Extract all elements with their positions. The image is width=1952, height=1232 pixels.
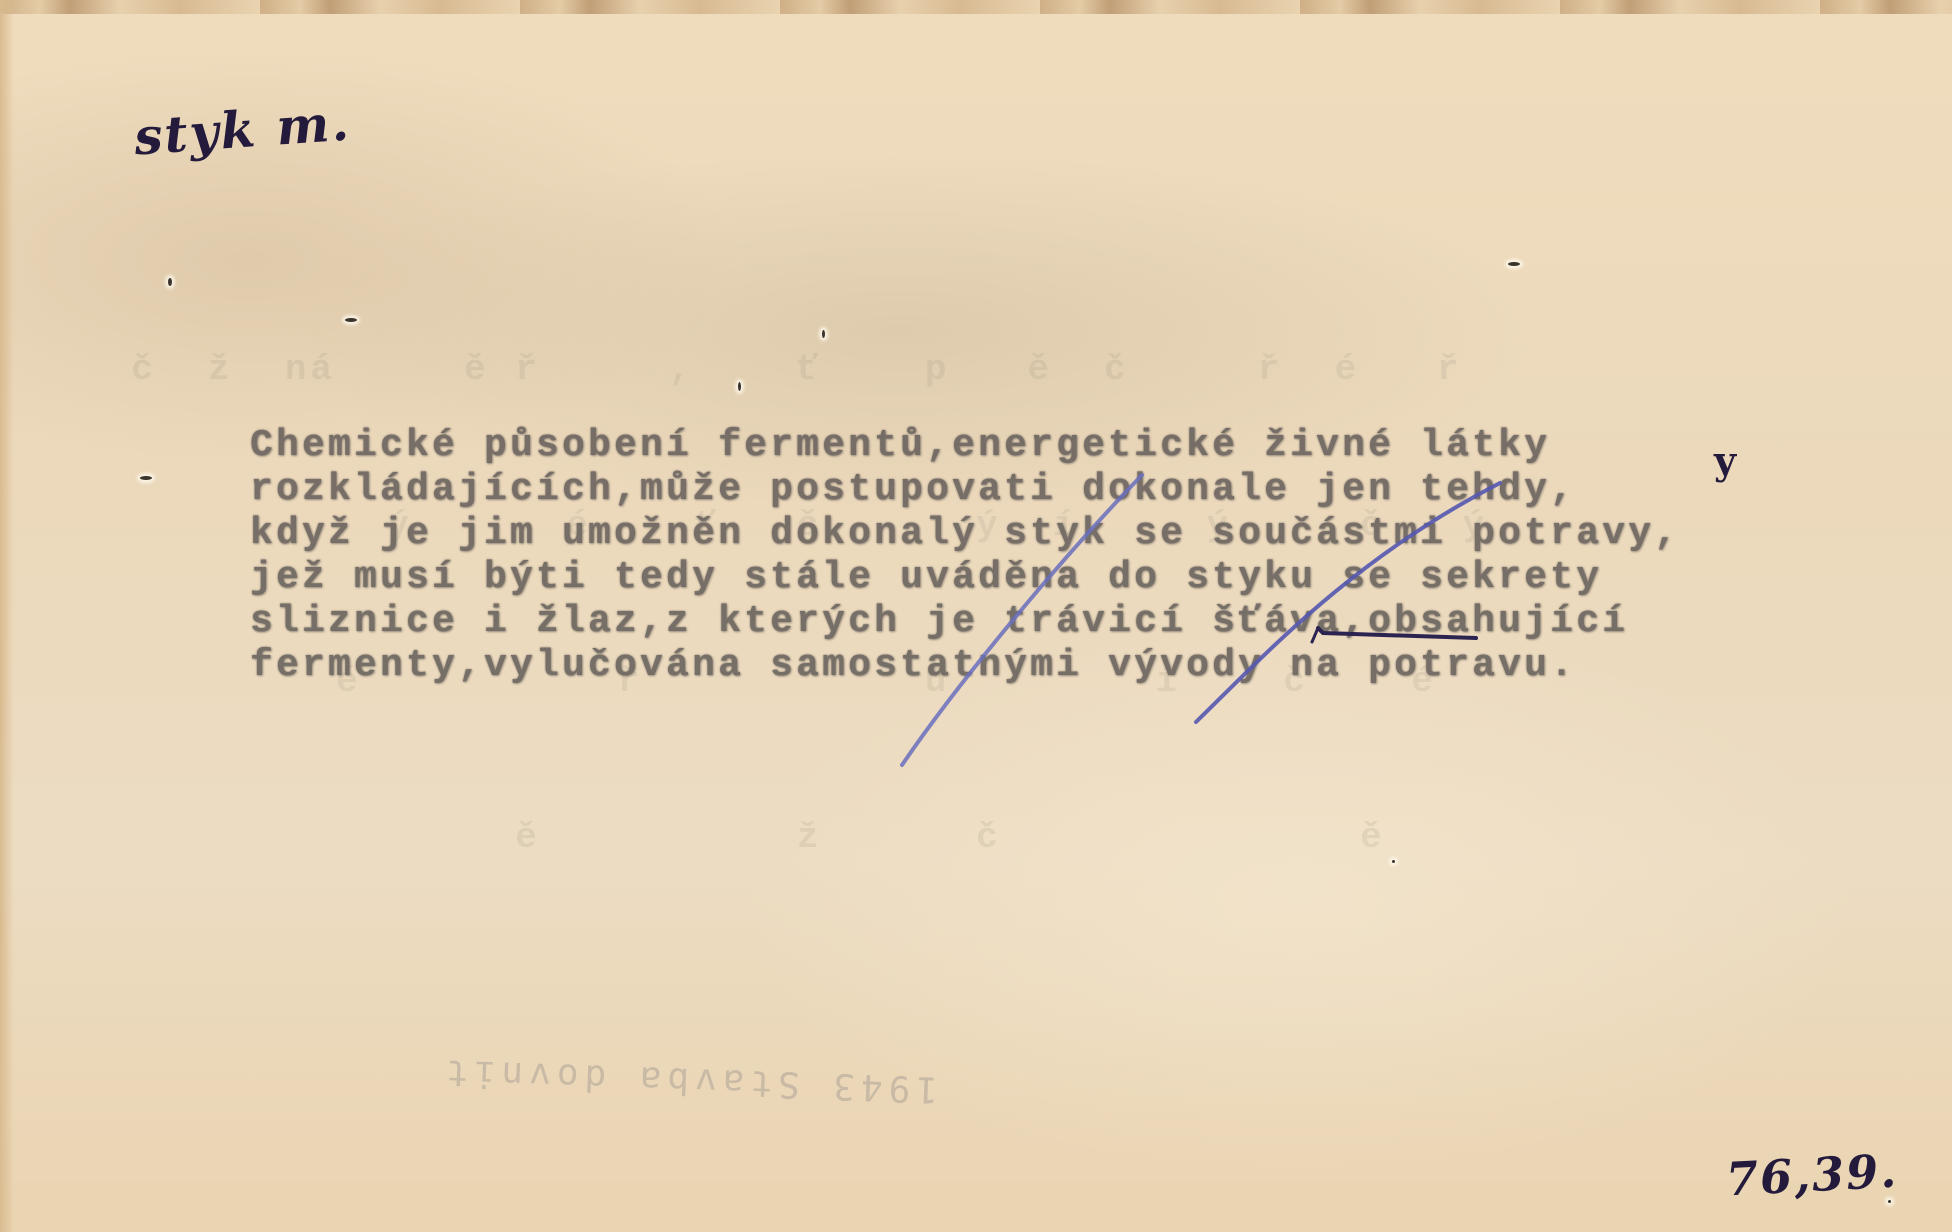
mirrored-stamp: 1943 Stavba dovnit	[439, 1051, 938, 1109]
typed-line-5: sliznice i žlaz,z kterých je trávicí šťá…	[250, 600, 1900, 644]
document-card: č ž ná ě ř , ť p ě č ř é ř ý é ť č ý í ý…	[0, 0, 1952, 1232]
dust-speck	[140, 476, 152, 480]
dust-speck	[168, 278, 172, 286]
handwritten-heading: styk m.	[132, 93, 352, 167]
typed-line-1: Chemické působení fermentů,energetické ž…	[250, 424, 1900, 468]
bleed-line: č ž ná ě ř , ť p ě č ř é ř	[80, 344, 1780, 396]
typed-line-4: jež musí býti tedy stále uváděna do styk…	[250, 556, 1900, 600]
dust-speck	[345, 318, 357, 322]
typed-line-6: fermenty,vylučována samostatnými vývody …	[250, 644, 1900, 688]
scan-top-edge	[0, 0, 1952, 14]
dust-speck	[1888, 1200, 1891, 1203]
dust-speck	[822, 330, 825, 338]
typed-paragraph: Chemické působení fermentů,energetické ž…	[250, 424, 1900, 688]
dust-speck	[1392, 860, 1395, 863]
handwritten-correction-mark: y	[1714, 438, 1736, 483]
typed-line-3: když je jim umožněn dokonalý styk se sou…	[250, 512, 1900, 556]
typed-line-2: rozkládajících,může postupovati dokonale…	[250, 468, 1900, 512]
dust-speck	[1508, 262, 1520, 266]
handwritten-reference-number: 76,39.	[1725, 1144, 1900, 1207]
bleed-line: ě ž č ě	[80, 812, 1780, 864]
scan-left-edge	[0, 0, 14, 1232]
dust-speck	[738, 382, 741, 391]
